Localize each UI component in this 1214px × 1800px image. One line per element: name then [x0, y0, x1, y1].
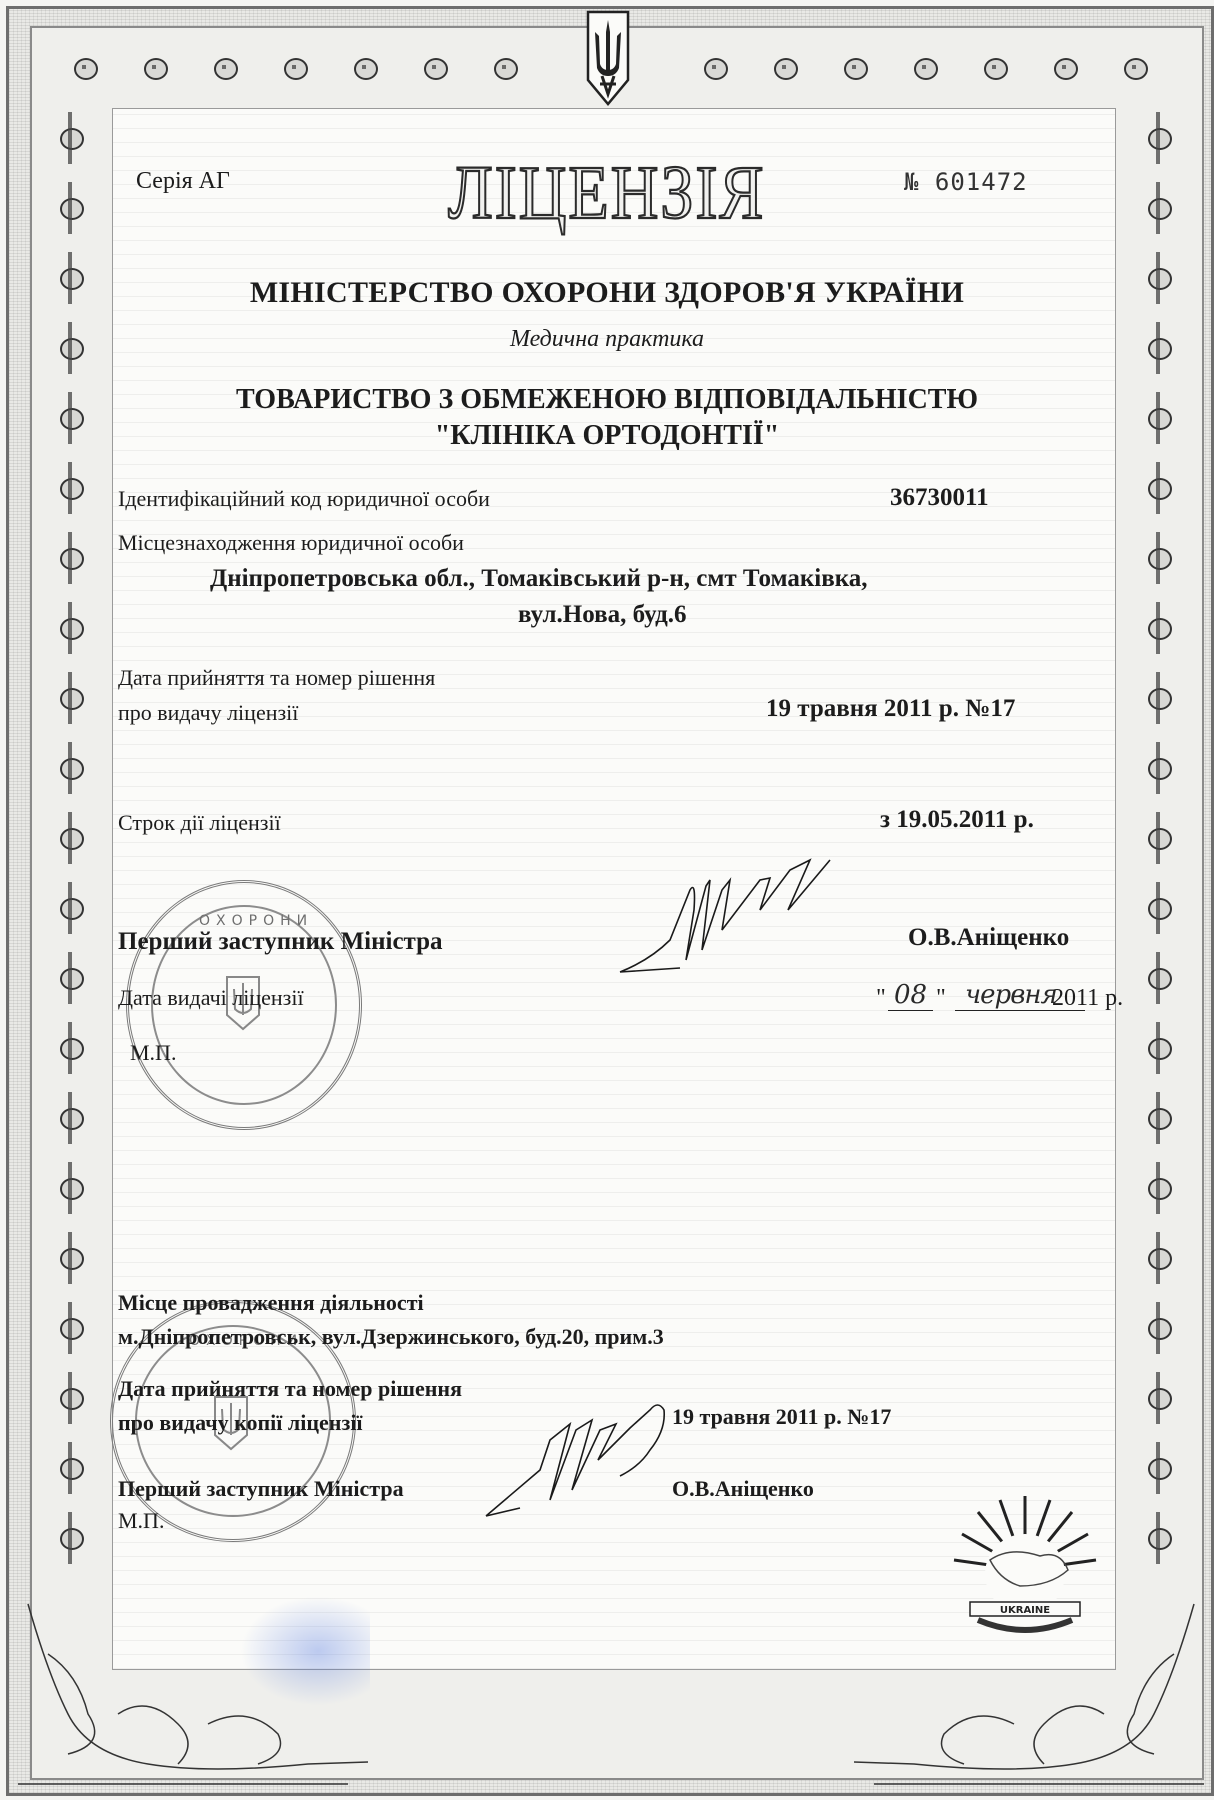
- decision-label-line1: Дата прийняття та номер рішення: [118, 665, 435, 691]
- border-rosette-icon: [1134, 1510, 1182, 1566]
- border-rosette-icon: [1134, 460, 1182, 516]
- signatory-name: О.В.Аніщенко: [908, 924, 1069, 952]
- border-rosette-icon: [46, 110, 94, 166]
- border-rosette-icon: [1134, 740, 1182, 796]
- location-line1: Дніпропетровська обл., Томаківський р-н,…: [210, 565, 868, 593]
- seal-text: ОХОРОНИ: [199, 913, 313, 929]
- border-rosette-icon: [1040, 40, 1088, 96]
- border-rosette-icon: [130, 40, 178, 96]
- activity-place-label: Місце провадження діяльності: [118, 1290, 424, 1316]
- border-rosette-icon: [1134, 1440, 1182, 1496]
- border-rosette-icon: [1134, 530, 1182, 586]
- border-rosette-icon: [340, 40, 388, 96]
- border-rosette-icon: [46, 670, 94, 726]
- acanthus-corner-ornament-left: [8, 1594, 368, 1794]
- issue-date-day: 08: [888, 980, 933, 1011]
- decision-label-line2: про видачу ліцензії: [118, 700, 298, 726]
- border-rosette-icon: [270, 40, 318, 96]
- signatory-position: Перший заступник Міністра: [118, 928, 443, 956]
- term-value: з 19.05.2011 р.: [880, 806, 1034, 834]
- copy-decision-label-line2: про видачу копії ліцензії: [118, 1410, 363, 1436]
- border-rosette-icon: [1134, 810, 1182, 866]
- border-rosette-icon: [46, 1510, 94, 1566]
- issue-date-quote-close: ": [936, 985, 946, 1012]
- border-rosette-icon: [690, 40, 738, 96]
- licensee-name-line1: ТОВАРИСТВО З ОБМЕЖЕНОЮ ВІДПОВІДАЛЬНІСТЮ: [0, 384, 1214, 416]
- id-code-label: Ідентифікаційний код юридичної особи: [118, 486, 490, 512]
- border-rosette-icon: [46, 600, 94, 656]
- border-rosette-icon: [480, 40, 528, 96]
- license-series: Серія АГ: [136, 168, 230, 195]
- border-rosette-icon: [46, 1090, 94, 1146]
- issue-date-quote-open: ": [876, 985, 886, 1012]
- copy-signatory-name: О.В.Аніщенко: [672, 1476, 814, 1502]
- handwritten-signature-copy: [480, 1380, 680, 1520]
- copy-signatory-position: Перший заступник Міністра: [118, 1476, 404, 1502]
- border-rosette-icon: [1134, 1370, 1182, 1426]
- border-rosette-icon: [46, 1230, 94, 1286]
- seal-place-label: М.П.: [130, 1040, 176, 1066]
- location-label: Місцезнаходження юридичної особи: [118, 530, 464, 556]
- border-rosette-icon: [1134, 1160, 1182, 1216]
- border-rosette-icon: [1134, 670, 1182, 726]
- border-rosette-icon: [410, 40, 458, 96]
- decision-value: 19 травня 2011 р. №17: [766, 695, 1015, 723]
- id-code-value: 36730011: [890, 484, 989, 512]
- border-rosette-icon: [1134, 180, 1182, 236]
- license-number: № 601472: [904, 168, 1028, 196]
- handwritten-signature: [610, 850, 890, 980]
- activity-place-value: м.Дніпропетровськ, вул.Дзержинського, бу…: [118, 1324, 664, 1350]
- border-rosette-icon: [1134, 600, 1182, 656]
- border-rosette-icon: [1134, 1230, 1182, 1286]
- licensee-name-line2: "КЛІНІКА ОРТОДОНТІЇ": [0, 420, 1214, 452]
- trident-coat-of-arms-icon: [586, 10, 630, 106]
- document-title: ЛІЦЕНЗІЯ: [448, 150, 765, 237]
- border-rosette-icon: [46, 530, 94, 586]
- border-rosette-icon: [60, 40, 108, 96]
- border-rosette-icon: [46, 460, 94, 516]
- border-rosette-icon: [1134, 110, 1182, 166]
- border-rosette-icon: [46, 1020, 94, 1076]
- acanthus-corner-ornament-right: [854, 1594, 1214, 1794]
- border-rosette-icon: [46, 1160, 94, 1216]
- term-label: Строк дії ліцензії: [118, 810, 281, 836]
- border-rosette-icon: [46, 180, 94, 236]
- border-rosette-icon: [970, 40, 1018, 96]
- border-rosette-icon: [46, 1370, 94, 1426]
- border-rosette-icon: [46, 810, 94, 866]
- border-rosette-icon: [46, 1440, 94, 1496]
- border-rosette-icon: [1134, 1300, 1182, 1356]
- border-rosette-icon: [1134, 1020, 1182, 1076]
- border-rosette-icon: [1134, 880, 1182, 936]
- issue-date-year: 2011 р.: [1052, 985, 1123, 1012]
- copy-seal-place-label: М.П.: [118, 1508, 164, 1534]
- location-line2: вул.Нова, буд.6: [518, 601, 687, 629]
- border-rosette-icon: [46, 740, 94, 796]
- border-rosette-icon: [900, 40, 948, 96]
- border-rosette-icon: [830, 40, 878, 96]
- issue-date-label: Дата видачі ліцензії: [118, 985, 304, 1011]
- issuing-ministry: МІНІСТЕРСТВО ОХОРОНИ ЗДОРОВ'Я УКРАЇНИ: [0, 276, 1214, 310]
- border-rosette-icon: [1110, 40, 1158, 96]
- activity-type: Медична практика: [0, 326, 1214, 353]
- border-rosette-icon: [1134, 950, 1182, 1006]
- copy-decision-label-line1: Дата прийняття та номер рішення: [118, 1376, 462, 1402]
- border-rosette-icon: [46, 950, 94, 1006]
- copy-decision-value: 19 травня 2011 р. №17: [672, 1404, 891, 1430]
- border-rosette-icon: [46, 1300, 94, 1356]
- border-rosette-icon: [1134, 1090, 1182, 1146]
- border-rosette-icon: [46, 880, 94, 936]
- border-rosette-icon: [200, 40, 248, 96]
- border-rosette-icon: [760, 40, 808, 96]
